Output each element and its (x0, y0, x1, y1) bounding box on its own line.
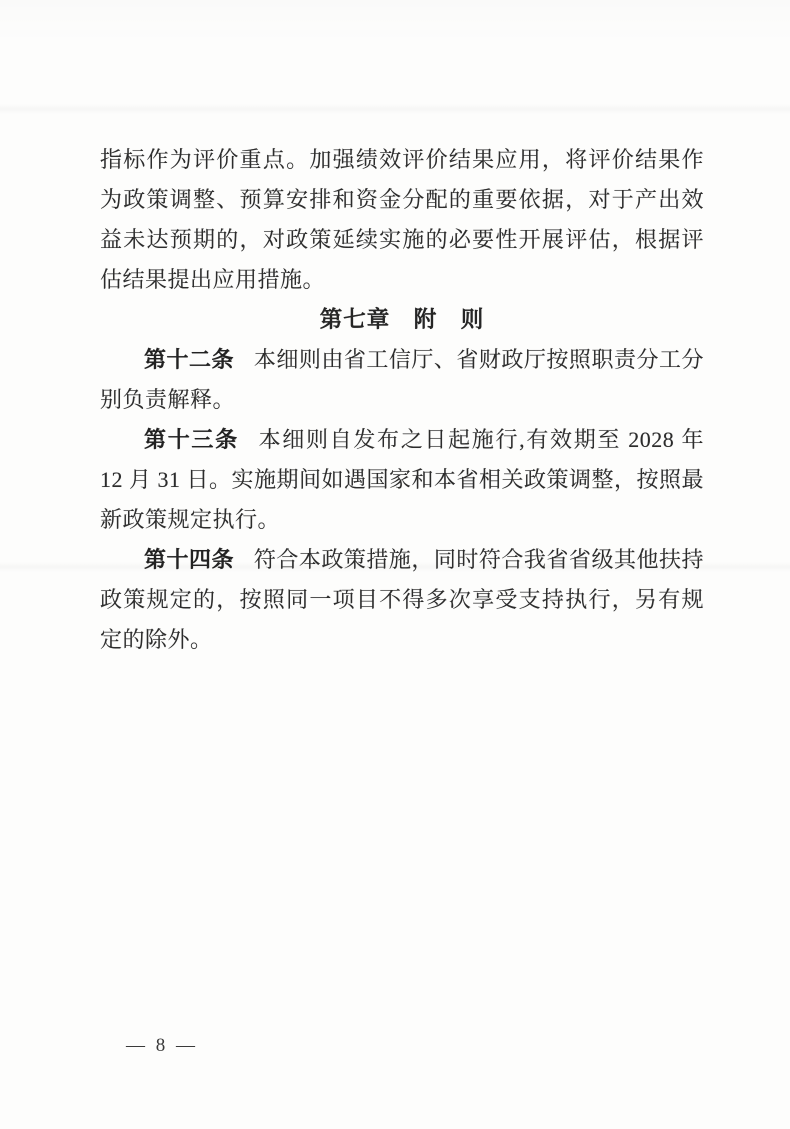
document-page: 指标作为评价重点。加强绩效评价结果应用，将评价结果作为政策调整、预算安排和资金分… (0, 0, 790, 1129)
scan-artifact (0, 104, 790, 114)
article-12: 第十二条本细则由省工信厅、省财政厅按照职责分工分别负责解释。 (100, 340, 704, 420)
chapter-heading: 第七章 附 则 (100, 300, 704, 340)
article-14-number: 第十四条 (144, 547, 234, 572)
article-13: 第十三条本细则自发布之日起施行,有效期至 2028 年 12 月 31 日。实施… (100, 420, 704, 540)
article-12-number: 第十二条 (144, 347, 234, 372)
intro-paragraph: 指标作为评价重点。加强绩效评价结果应用，将评价结果作为政策调整、预算安排和资金分… (100, 140, 704, 300)
article-13-number: 第十三条 (144, 427, 239, 452)
article-14: 第十四条符合本政策措施，同时符合我省省级其他扶持政策规定的，按照同一项目不得多次… (100, 540, 704, 660)
document-content: 指标作为评价重点。加强绩效评价结果应用，将评价结果作为政策调整、预算安排和资金分… (100, 140, 704, 660)
page-number: — 8 — (126, 1033, 198, 1059)
